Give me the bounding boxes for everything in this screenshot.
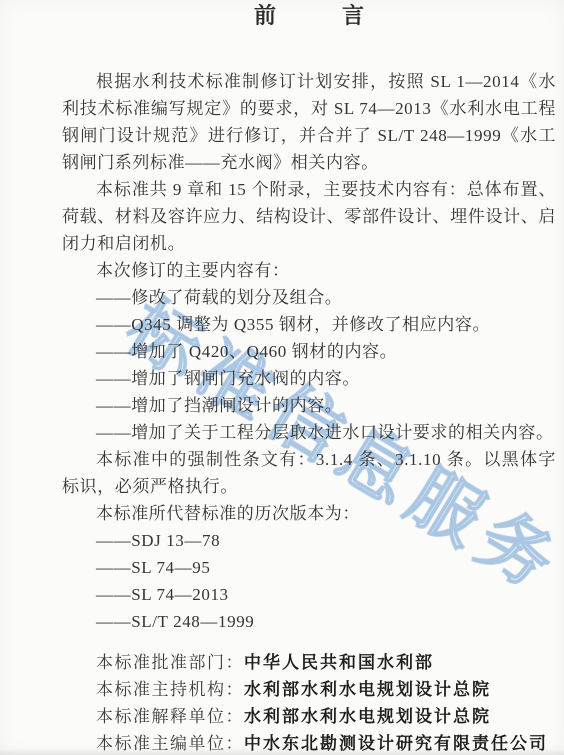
paragraph: 本次修订的主要内容有： [62,257,556,284]
page-title: 前 言 [62,0,556,29]
credit-value: 中水东北勘测设计研究有限责任公司 [244,734,548,753]
credit-line: 本标准解释单位：水利部水利水电规划设计总院 [62,703,556,730]
credit-label: 本标准解释单位： [96,707,244,726]
credits-block: 本标准批准部门：中华人民共和国水利部 本标准主持机构：水利部水利水电规划设计总院… [62,649,556,755]
paragraph: ——SDJ 13—78 [62,527,556,554]
credit-label: 本标准主持机构： [96,680,244,699]
paragraph: ——增加了钢闸门充水阀的内容。 [62,365,556,392]
paragraph: ——修改了荷载的划分及组合。 [62,284,556,311]
document-page: 标准信息服务 前 言 根据水利技术标准制修订计划安排，按照 SL 1—2014《… [0,0,564,755]
paragraph: ——增加了 Q420、Q460 钢材的内容。 [62,338,556,365]
paragraph: 本标准中的强制性条文有：3.1.4 条、3.1.10 条。以黑体字标识，必须严格… [62,446,556,500]
paragraph: ——SL/T 248—1999 [62,608,556,635]
paragraph: ——SL 74—2013 [62,581,556,608]
paragraph: 本标准共 9 章和 15 个附录，主要技术内容有：总体布置、荷载、材料及容许应力… [62,176,556,257]
credit-line: 本标准批准部门：中华人民共和国水利部 [62,649,556,676]
credit-label: 本标准主编单位： [96,734,244,753]
document-body: 根据水利技术标准制修订计划安排，按照 SL 1—2014《水利技术标准编写规定》… [62,68,556,635]
credit-value: 中华人民共和国水利部 [244,653,434,672]
paragraph: ——Q345 调整为 Q355 钢材，并修改了相应内容。 [62,311,556,338]
credit-label: 本标准批准部门： [96,653,244,672]
credit-value: 水利部水利水电规划设计总院 [244,707,491,726]
paragraph: ——增加了关于工程分层取水进水口设计要求的相关内容。 [62,419,556,446]
paragraph: ——SL 74—95 [62,554,556,581]
paragraph: 本标准所代替标准的历次版本为： [62,500,556,527]
credit-value: 水利部水利水电规划设计总院 [244,680,491,699]
paragraph: 根据水利技术标准制修订计划安排，按照 SL 1—2014《水利技术标准编写规定》… [62,68,556,176]
credit-line: 本标准主编单位：中水东北勘测设计研究有限责任公司 [62,730,556,755]
credit-line: 本标准主持机构：水利部水利水电规划设计总院 [62,676,556,703]
paragraph: ——增加了挡潮闸设计的内容。 [62,392,556,419]
